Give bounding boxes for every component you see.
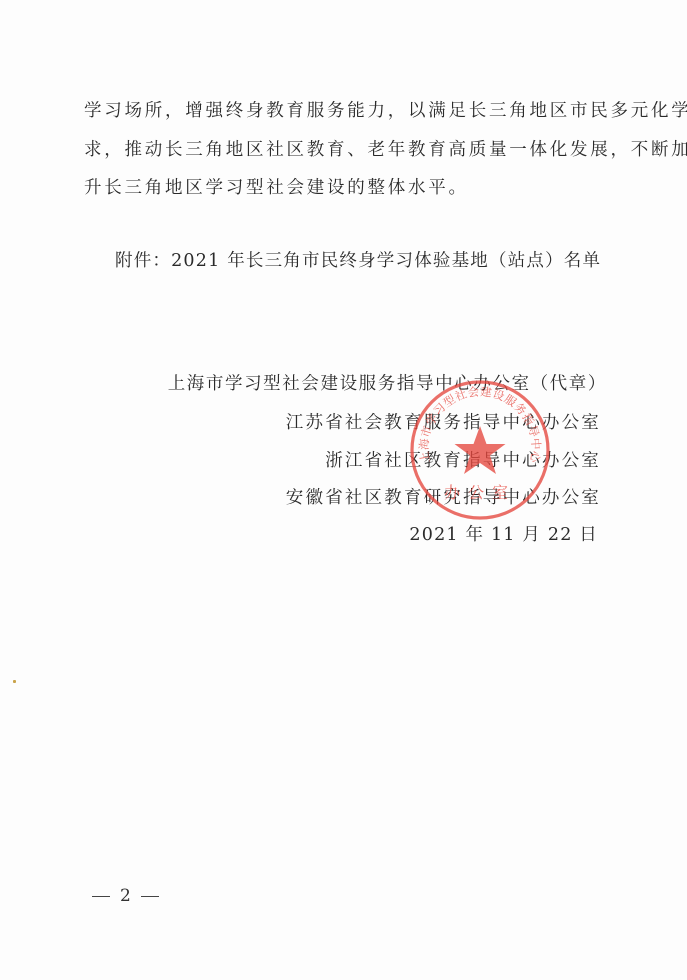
document-page: 学习场所，增强终身教育服务能力，以满足长三角地区市民多元化学习需 求，推动长三角… <box>0 0 687 980</box>
signatory-shanghai: 上海市学习型社会建设服务指导中心办公室（代章） <box>168 373 607 395</box>
signatory-anhui: 安徽省社区教育研究指导中心办公室 <box>286 487 601 509</box>
dash-left <box>92 896 110 897</box>
page-number-value: 2 <box>120 886 131 906</box>
document-date: 2021 年 11 月 22 日 <box>409 524 598 546</box>
dash-right <box>141 896 159 897</box>
page-number: 2 <box>82 886 169 906</box>
body-text-line: 升长三角地区学习型社会建设的整体水平。 <box>84 177 469 199</box>
attachment-note: 附件：2021 年长三角市民终身学习体验基地（站点）名单 <box>115 250 601 272</box>
signatory-zhejiang: 浙江省社区教育指导中心办公室 <box>325 450 601 472</box>
body-text-line: 求，推动长三角地区社区教育、老年教育高质量一体化发展，不断加快提 <box>84 139 687 161</box>
body-text-line: 学习场所，增强终身教育服务能力，以满足长三角地区市民多元化学习需 <box>84 100 687 122</box>
scan-artifact <box>13 680 16 683</box>
signatory-jiangsu: 江苏省社会教育服务指导中心办公室 <box>286 412 601 434</box>
